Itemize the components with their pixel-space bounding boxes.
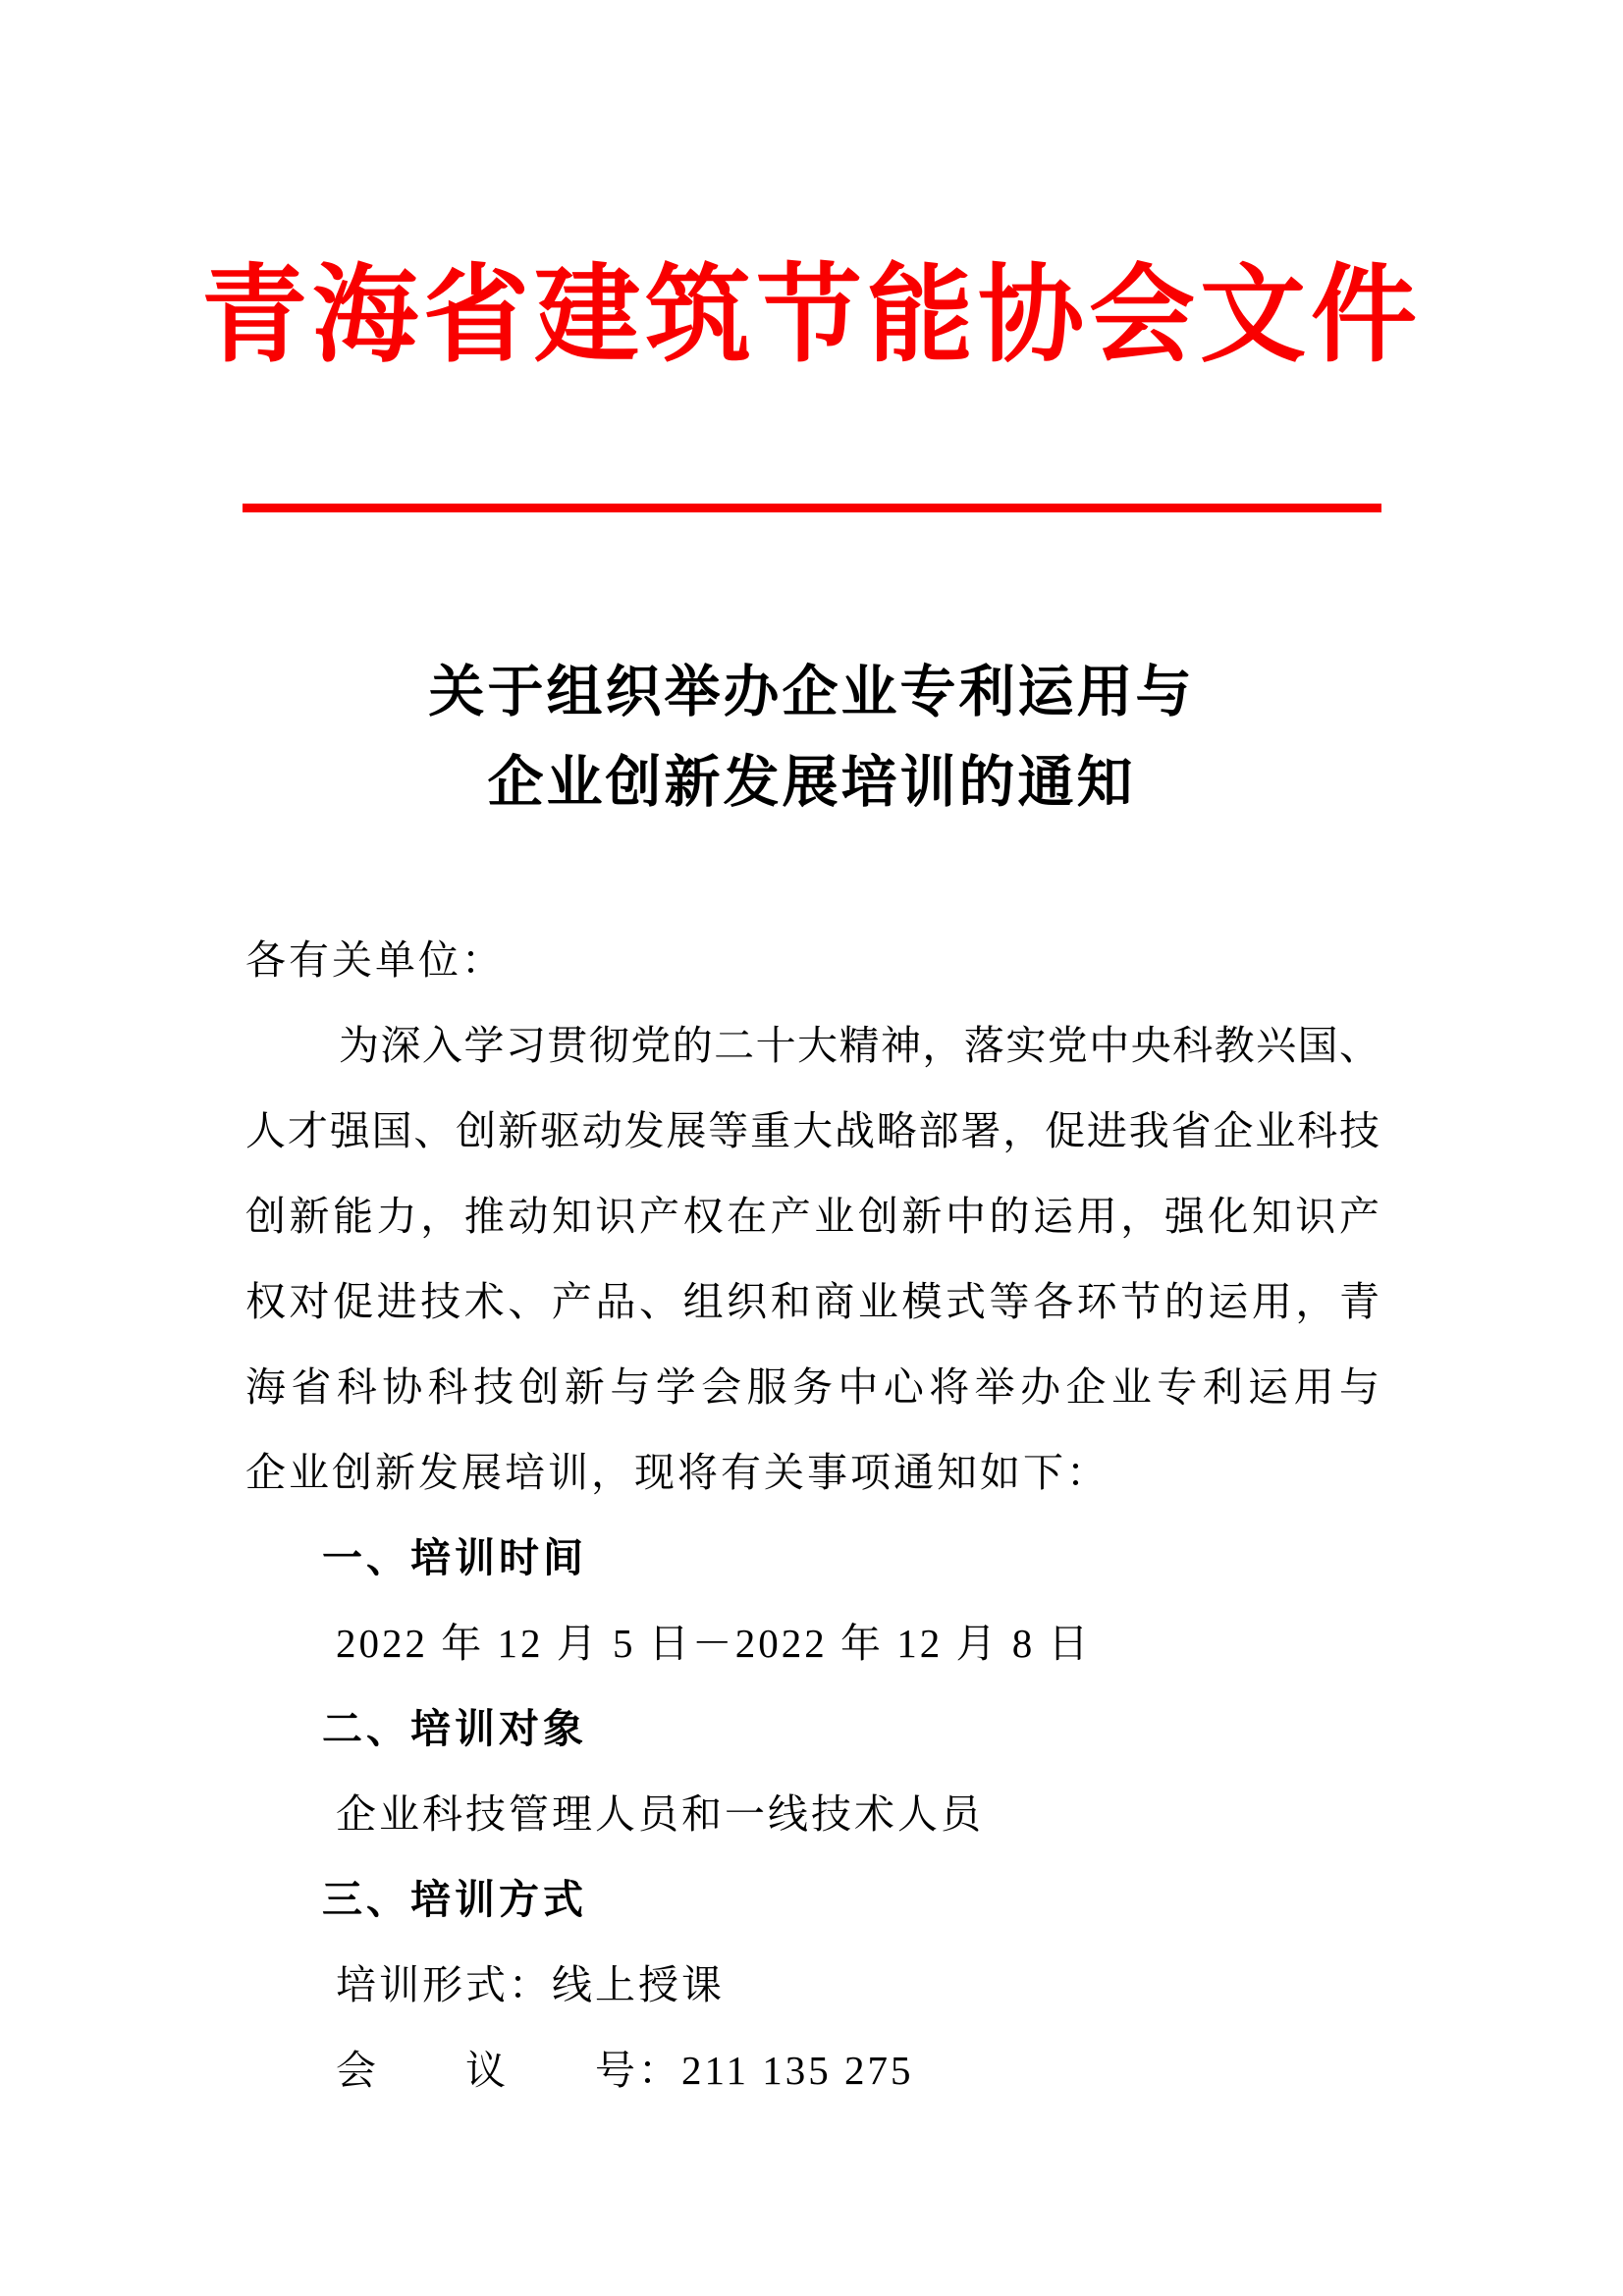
document-title-line-1: 关于组织举办企业专利运用与 <box>0 648 1623 738</box>
intro-paragraph-line: 人才强国、创新驱动发展等重大战略部署，促进我省企业科技 <box>245 1089 1380 1174</box>
intro-paragraph-line: 权对促进技术、产品、组织和商业模式等各环节的运用，青 <box>245 1259 1380 1345</box>
intro-paragraph-line: 海省科协科技创新与学会服务中心将举办企业专利运用与 <box>245 1345 1380 1430</box>
training-time-value: 2022 年 12 月 5 日－2022 年 12 月 8 日 <box>245 1601 1380 1686</box>
meeting-number-value: 会 议 号：211 135 275 <box>245 2028 1380 2113</box>
document-title-line-2: 企业创新发展培训的通知 <box>0 738 1623 828</box>
document-page: 青海省建筑节能协会文件 关于组织举办企业专利运用与 企业创新发展培训的通知 各有… <box>0 0 1623 2296</box>
section-heading-training-time: 一、培训时间 <box>245 1516 1380 1601</box>
salutation: 各有关单位： <box>245 918 1380 1003</box>
training-audience-value: 企业科技管理人员和一线技术人员 <box>245 1772 1380 1857</box>
intro-paragraph-line: 企业创新发展培训，现将有关事项通知如下： <box>245 1430 1380 1516</box>
document-body: 各有关单位： 为深入学习贯彻党的二十大精神，落实党中央科教兴国、 人才强国、创新… <box>245 918 1380 2113</box>
letterhead-org-title: 青海省建筑节能协会文件 <box>0 251 1623 379</box>
intro-paragraph-line: 为深入学习贯彻党的二十大精神，落实党中央科教兴国、 <box>245 1003 1380 1089</box>
intro-paragraph-line: 创新能力，推动知识产权在产业创新中的运用，强化知识产 <box>245 1174 1380 1259</box>
section-heading-training-audience: 二、培训对象 <box>245 1686 1380 1772</box>
section-heading-training-method: 三、培训方式 <box>245 1857 1380 1943</box>
document-title: 关于组织举办企业专利运用与 企业创新发展培训的通知 <box>0 648 1623 828</box>
training-format-value: 培训形式：线上授课 <box>245 1943 1380 2028</box>
red-divider-line <box>243 504 1381 512</box>
